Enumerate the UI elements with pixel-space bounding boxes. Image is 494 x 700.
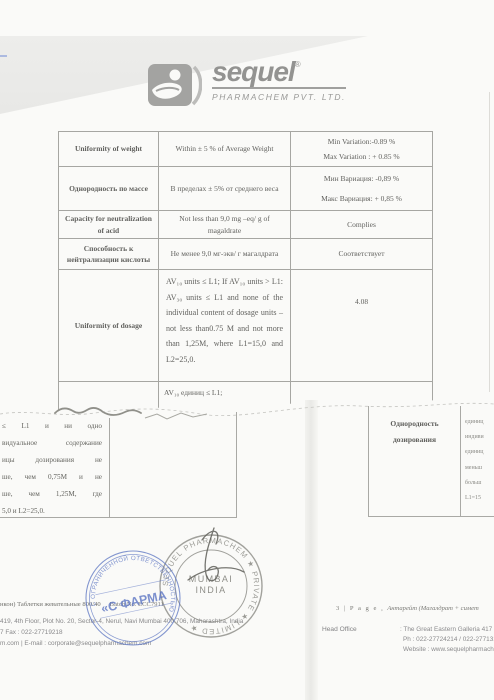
scan-right-edge-line — [489, 92, 490, 392]
fax-line: 7 Fax : 022-27719218 — [0, 629, 63, 636]
head-office-website: Website : www.sequelpharmachem — [403, 646, 494, 653]
param-cell: Uniformity of weight — [59, 132, 159, 167]
document-page: sequel® PHARMACHEM PVT. LTD. Uniformity … — [0, 0, 494, 700]
result-cell: Complies — [291, 211, 432, 239]
result-cell: Min Variation:-0.89 % Max Variation : + … — [291, 132, 432, 167]
signature-stroke — [188, 528, 244, 581]
param-cell: Однородность по массе — [59, 167, 159, 211]
result-cell: Мин Вариация: -0,89 % Макс Вариация: + 0… — [291, 167, 432, 211]
logo-icon — [146, 58, 202, 112]
spec-cell: AV₁₀ units ≤ L1; If AV₁₀ units > L1: AV₃… — [159, 270, 291, 382]
fragment-spec-cell: единиц индиви единиц меньш больш L1=15 — [461, 406, 494, 516]
stamp-country-text: INDIA — [195, 585, 226, 595]
spec-cell: AV₁₀ единиц ≤ L1; — [159, 382, 291, 412]
param-cell — [59, 382, 159, 412]
spec-cell: Не менее 9,0 мг-экв/ г магалдрата — [159, 239, 291, 270]
svg-text:С ОГРАНИЧЕННОЙ ОТВЕТСТВЕННОСТЬ: С ОГРАНИЧЕННОЙ ОТВЕТСТВЕННОСТЬЮ — [82, 546, 180, 629]
registered-mark: ® — [295, 60, 301, 69]
email-line: m.com | E-mail : corporate@sequelpharmac… — [0, 640, 151, 647]
fragment-text-cell: ≤ L1 и ни одно видуальное содержание ицы… — [0, 418, 110, 518]
param-cell: Capacity for neutralization of acid — [59, 211, 159, 239]
head-office-phone: Ph : 022-27724214 / 022-2771311 — [403, 636, 494, 643]
param-cell: Uniformity of dosage — [59, 270, 159, 382]
result-cell: 4.08 — [291, 270, 432, 382]
stamp-city-text: MUMBAI — [189, 574, 233, 584]
spec-cell: Not less than 9,0 mg –eq/ g of magaldrat… — [159, 211, 291, 239]
underlying-page-edge-shadow — [305, 400, 318, 700]
fragment-param-cell: Однородность дозирования — [369, 406, 461, 516]
office-address-line: 419, 4th Floor, Plot No. 20, Sector-4, N… — [0, 618, 243, 625]
spec-cell: В пределах ± 5% от среднего веса — [159, 167, 291, 211]
result-cell: Соответствует — [291, 239, 432, 270]
underlying-table-fragment-left: ≤ L1 и ни одно видуальное содержание ицы… — [0, 412, 237, 518]
batch-number: Batch No. ECC7911 — [110, 601, 164, 608]
specification-table: Uniformity of weight Within ± 5 % of Ave… — [58, 131, 433, 411]
brand-subtitle: PHARMACHEM PVT. LTD. — [212, 92, 346, 102]
page-number-line: 3 | P a g e ,Антарейт (Магалдрат + симет — [336, 605, 479, 612]
company-logo: sequel® PHARMACHEM PVT. LTD. — [146, 58, 346, 112]
product-batch-line: нкон) Таблетки жевательные 800/40Batch N… — [0, 601, 164, 608]
spec-cell: Within ± 5 % of Average Weight — [159, 132, 291, 167]
underlying-table-fragment-right: Однородность дозирования единиц индиви е… — [368, 406, 494, 517]
param-cell: Способность к нейтрализации кислоты — [59, 239, 159, 270]
head-office-address: : The Great Eastern Galleria 417 / 4 — [400, 626, 494, 633]
blue-round-stamp: С ОГРАНИЧЕННОЙ ОТВЕТСТВЕННОСТЬЮ «С ФАРМА — [75, 540, 191, 656]
brand-wordmark: sequel® — [212, 58, 346, 89]
scan-edge-mark — [0, 55, 7, 57]
head-office-label: Head Office — [322, 626, 357, 633]
stamp-ring-text: С ОГРАНИЧЕННОЙ ОТВЕТСТВЕННОСТЬЮ — [82, 546, 180, 629]
